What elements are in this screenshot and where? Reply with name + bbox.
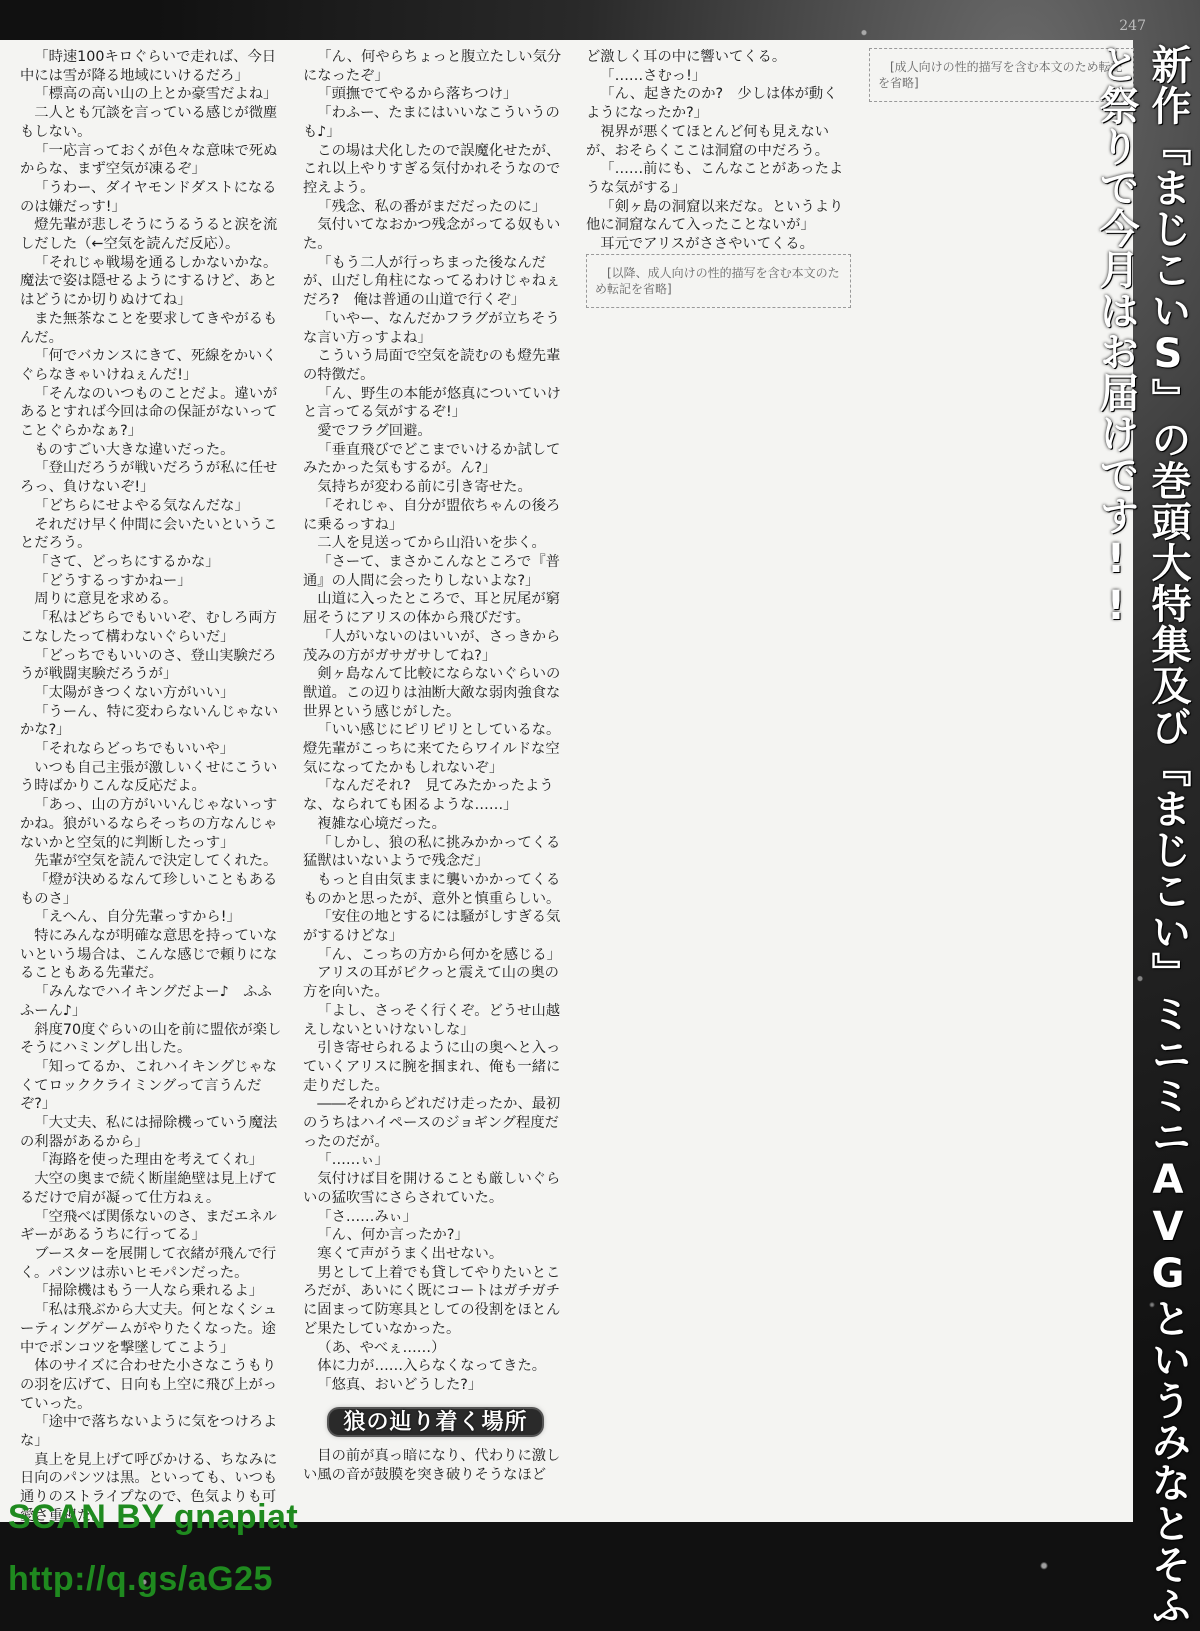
text-column-2: 「ん、何やらちょっと腹立たしい気分になったぞ」「頭撫でてやるから落ちつけ」「わふ… [303, 48, 568, 1522]
paragraph: 「太陽がきつくない方がいい」 [20, 684, 285, 703]
paragraph: 「いやー、なんだかフラグが立ちそうな言い方っすよね」 [303, 310, 568, 347]
paragraph: 「しかし、狼の私に挑みかかってくる猛獣はいないようで残念だ」 [303, 834, 568, 871]
text-column-3: ど激しく耳の中に響いてくる。「……さむっ!」「ん、起きたのか? 少しは体が動くよ… [586, 48, 851, 1522]
paragraph: 二人を見送ってから山沿いを歩く。 [303, 534, 568, 553]
paragraph: 「それならどっちでもいいや」 [20, 740, 285, 759]
paragraph: 「どうするっすかねー」 [20, 572, 285, 591]
paragraph: 山道に入ったところで、耳と尻尾が窮屈そうにアリスの体から飛びだす。 [303, 590, 568, 627]
paragraph: 「残念、私の番がまだだったのに」 [303, 198, 568, 217]
paragraph: 「……さむっ!」 [586, 67, 851, 86]
paragraph: 「剣ヶ島の洞窟以来だな。というより他に洞窟なんて入ったことないが」 [586, 198, 851, 235]
paragraph: 「燈が決めるなんて珍しいこともあるものさ」 [20, 871, 285, 908]
paragraph: 体に力が……入らなくなってきた。 [303, 1357, 568, 1376]
paragraph: ブースターを展開して衣緒が飛んで行く。パンツは赤いヒモパンだった。 [20, 1245, 285, 1282]
paragraph: 「掃除機はもう一人なら乗れるよ」 [20, 1282, 285, 1301]
paragraph: 「ん、起きたのか? 少しは体が動くようになったか?」 [586, 85, 851, 122]
paragraph: 「えへん、自分先輩っすから!」 [20, 908, 285, 927]
paragraph: 「それじゃ戦場を通るしかないかな。魔法で姿は隠せるようにするけど、あとはどうにか… [20, 254, 285, 310]
paragraph: 「さて、どっちにするかな」 [20, 553, 285, 572]
paragraph: 「あっ、山の方がいいんじゃないっすかね。狼がいるならそっちの方なんじゃないかと空… [20, 796, 285, 852]
paragraph: 複雑な心境だった。 [303, 815, 568, 834]
scanner-url: http://q.gs/aG25 [8, 1560, 273, 1599]
paragraph: 周りに意見を求める。 [20, 590, 285, 609]
paragraph: 「一応言っておくが色々な意味で死ぬからな、まず空気が凍るぞ」 [20, 142, 285, 179]
paragraph: 体のサイズに合わせた小さなこうもりの羽を広げて、日向も上空に飛び上がっていった。 [20, 1357, 285, 1413]
paragraph: 「海路を使った理由を考えてくれ」 [20, 1151, 285, 1170]
paragraph: 「うーん、特に変わらないんじゃないかな?」 [20, 703, 285, 740]
paragraph: また無茶なことを要求してきやがるもんだ。 [20, 310, 285, 347]
paragraph: もっと自由気ままに襲いかかってくるものかと思ったが、意外と慎重らしい。 [303, 871, 568, 908]
paragraph: 「……前にも、こんなことがあったような気がする」 [586, 160, 851, 197]
paragraph: 寒くて声がうまく出せない。 [303, 1245, 568, 1264]
paragraph: 斜度70度ぐらいの山を前に盟依が楽しそうにハミングし出した。 [20, 1021, 285, 1058]
paragraph: 「私は飛ぶから大丈夫。何となくシューティングゲームがやりたくなった。途中でポンコ… [20, 1301, 285, 1357]
paragraph: 「登山だろうが戦いだろうが私に任せろっ、負けないぞ!」 [20, 459, 285, 496]
paragraph: 「それじゃ、自分が盟依ちゃんの後ろに乗るっすね」 [303, 497, 568, 534]
paragraph: 「そんなのいつものことだよ。違いがあるとすれば今回は命の保証がないってことぐらか… [20, 385, 285, 441]
paragraph: （あ、やべぇ……） [303, 1339, 568, 1358]
paragraph: 「人がいないのはいいが、さっきから茂みの方がガサガサしてね?」 [303, 628, 568, 665]
paragraph: 「うわー、ダイヤモンドダストになるのは嫌だっす!」 [20, 179, 285, 216]
paragraph: 特にみんなが明確な意思を持っていないという場合は、こんな感じで頼りになることもあ… [20, 927, 285, 983]
paragraph: 「わふー、たまにはいいなこういうのも♪」 [303, 104, 568, 141]
page-number: 247 [1119, 18, 1146, 34]
paragraph: 愛でフラグ回避。 [303, 422, 568, 441]
section-banner: 狼の辿り着く場所 [303, 1409, 568, 1436]
scanner-credit: SCAN BY gnapiat [8, 1498, 298, 1537]
paragraph: ど激しく耳の中に響いてくる。 [586, 48, 851, 67]
paragraph: 「……ぃ」 [303, 1151, 568, 1170]
paragraph: 「さ……みぃ」 [303, 1208, 568, 1227]
paragraph: 「安住の地とするには騒がしすぎる気がするけどな」 [303, 908, 568, 945]
paragraph: 視界が悪くてほとんど何も見えないが、おそらくここは洞窟の中だろう。 [586, 123, 851, 160]
paragraph: 「いい感じにピリピリとしているな。燈先輩がこっちに来てたらワイルドな空気になって… [303, 721, 568, 777]
paragraph: 耳元でアリスがささやいてくる。 [586, 235, 851, 254]
paragraph: ――それからどれだけ走ったか、最初のうちはハイペースのジョギング程度だったのだが… [303, 1095, 568, 1151]
paragraph: 剣ヶ島なんて比較にならないぐらいの獣道。この辺りは油断大敵な弱肉強食な世界という… [303, 665, 568, 721]
article-text-panel: 「時速100キロぐらいで走れば、今日中には雪が降る地域にいけるだろ」「標高の高い… [0, 40, 1133, 1522]
paragraph: 「ん、何やらちょっと腹立たしい気分になったぞ」 [303, 48, 568, 85]
paragraph: ものすごい大きな違いだった。 [20, 441, 285, 460]
paragraph: 気付けば目を開けることも厳しいぐらいの猛吹雪にさらされていた。 [303, 1170, 568, 1207]
paragraph: こういう局面で空気を読むのも燈先輩の特徴だ。 [303, 347, 568, 384]
paragraph: 先輩が空気を読んで決定してくれた。 [20, 852, 285, 871]
omitted-content-note: [以降、成人向けの性的描写を含む本文のため転記を省略] [586, 254, 851, 308]
paragraph: 「空飛べば関係ないのさ、まだエネルギーがあるうちに行ってる」 [20, 1208, 285, 1245]
paragraph: 「みんなでハイキングだよー♪ ふふふーん♪」 [20, 983, 285, 1020]
paragraph: 「どちらにせよやる気なんだな」 [20, 497, 285, 516]
paragraph: 「ん、こっちの方から何かを感じる」 [303, 946, 568, 965]
text-column-1: 「時速100キロぐらいで走れば、今日中には雪が降る地域にいけるだろ」「標高の高い… [20, 48, 285, 1522]
paragraph: アリスの耳がピクっと震えて山の奥の方を向いた。 [303, 964, 568, 1001]
paragraph: 燈先輩が悲しそうにうるうると涙を流しだした（←空気を読んだ反応）。 [20, 216, 285, 253]
paragraph: 「さーて、まさかこんなところで『普通』の人間に会ったりしないよな?」 [303, 553, 568, 590]
paragraph: 気持ちが変わる前に引き寄せた。 [303, 478, 568, 497]
paragraph: 男として上着でも貸してやりたいところだが、あいにく既にコートはガチガチに固まって… [303, 1264, 568, 1339]
paragraph: 「何でバカンスにきて、死線をかいくぐらなきゃいけねぇんだ!」 [20, 347, 285, 384]
paragraph: 「標高の高い山の上とか豪雪だよね」 [20, 85, 285, 104]
paragraph: 二人とも冗談を言っている感じが微塵もしない。 [20, 104, 285, 141]
paragraph: 「なんだそれ? 見てみたかったような、なられても困るような……」 [303, 777, 568, 814]
paragraph: いつも自己主張が激しいくせにこういう時ばかりこんな反応だよ。 [20, 759, 285, 796]
paragraph: 「よし、さっそく行くぞ。どうせ山越えしないといけないしな」 [303, 1002, 568, 1039]
paragraph: 「どっちでもいいのさ、登山実験だろうが戦闘実験だろうが」 [20, 647, 285, 684]
paragraph: 「ん、野生の本能が悠真についていけと言ってる気がするぞ!」 [303, 385, 568, 422]
paragraph: 「私はどちらでもいいぞ、むしろ両方こなしたって構わないぐらいだ」 [20, 609, 285, 646]
paragraph: この場は犬化したので誤魔化せたが、これ以上やりすぎる気付かれそうなので控えよう。 [303, 142, 568, 198]
paragraph: 「垂直飛びでどこまでいけるか試してみたかった気もするが。ん?」 [303, 441, 568, 478]
paragraph: 「時速100キロぐらいで走れば、今日中には雪が降る地域にいけるだろ」 [20, 48, 285, 85]
paragraph: それだけ早く仲間に会いたいということだろう。 [20, 516, 285, 553]
paragraph: 「知ってるか、これハイキングじゃなくてロッククライミングって言うんだぞ?」 [20, 1058, 285, 1114]
paragraph: 引き寄せられるように山の奥へと入っていくアリスに腕を掴まれ、俺も一緒に走りだした… [303, 1039, 568, 1095]
paragraph: 「頭撫でてやるから落ちつけ」 [303, 85, 568, 104]
paragraph: 「もう二人が行っちまった後なんだが、山だし角柱になってるわけじゃねぇだろ? 俺は… [303, 254, 568, 310]
paragraph: 「途中で落ちないように気をつけろよな」 [20, 1413, 285, 1450]
section-banner-title: 狼の辿り着く場所 [329, 1409, 541, 1436]
paragraph: 「大丈夫、私には掃除機っていう魔法の利器があるから」 [20, 1114, 285, 1151]
paragraph: 気付いてなおかつ残念がってる奴もいた。 [303, 216, 568, 253]
paragraph: 「ん、何か言ったか?」 [303, 1226, 568, 1245]
vertical-headline: 新作『まじこいS』の巻頭大特集及び『まじこい』ミニミニAVGというみなとそふと祭… [1142, 44, 1194, 1631]
paragraph: 大空の奥まで続く断崖絶壁は見上げてるだけで肩が凝って仕方ねぇ。 [20, 1170, 285, 1207]
paragraph: 「悠真、おいどうした?」 [303, 1376, 568, 1395]
paragraph: 目の前が真っ暗になり、代わりに激しい風の音が鼓膜を突き破りそうなほど [303, 1447, 568, 1484]
